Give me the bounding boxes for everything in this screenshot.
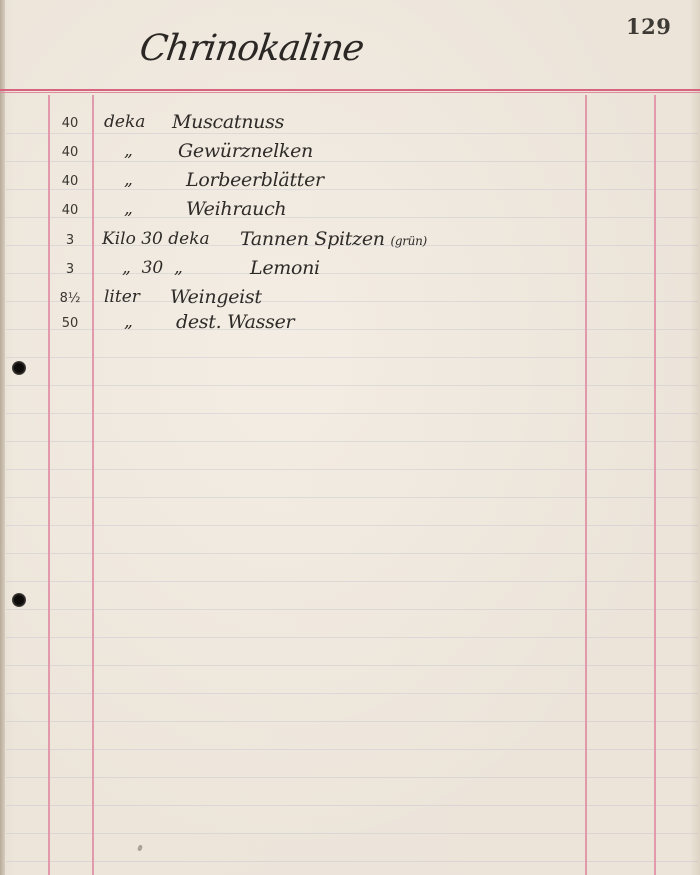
ingredient-name: Tannen Spitzen — [240, 228, 385, 250]
row-unit: „ — [124, 141, 133, 161]
row-unit: „ — [124, 199, 133, 219]
binder-hole-upper — [12, 361, 26, 375]
row-quantity: 40 — [52, 116, 88, 131]
row-quantity: 8½ — [52, 291, 88, 306]
row-quantity: 50 — [52, 316, 88, 331]
row-unit: Kilo 30 deka — [102, 229, 210, 249]
row-quantity: 40 — [52, 174, 88, 189]
binder-hole-lower — [12, 593, 26, 607]
row-note: (grün) — [390, 234, 426, 248]
header-double-rule — [0, 89, 700, 95]
row-ingredient: Muscatnuss — [172, 111, 284, 133]
row-ingredient: Gewürznelken — [178, 140, 313, 162]
ingredient-row: 40 „ Lorbeerblätter — [0, 168, 700, 196]
page-title: Chrinokaline — [137, 28, 366, 69]
ingredient-row: 8½ liter Weingeist — [0, 285, 700, 313]
ingredient-row: 40 deka Muscatnuss — [0, 110, 700, 138]
row-unit: „ — [124, 170, 133, 190]
row-ingredient: Weihrauch — [186, 198, 286, 220]
row-ingredient: Lorbeerblätter — [186, 169, 324, 191]
ingredient-row: 40 „ Weihrauch — [0, 197, 700, 225]
row-unit: „ 30 „ — [122, 258, 183, 278]
ledger-page: 129 Chrinokaline 40 deka Muscatnuss 40 „… — [0, 0, 700, 875]
row-quantity: 40 — [52, 203, 88, 218]
row-quantity: 3 — [52, 262, 88, 277]
row-ingredient: Weingeist — [170, 286, 262, 308]
ingredient-row: 3 Kilo 30 deka Tannen Spitzen (grün) — [0, 227, 700, 255]
ingredient-row: 40 „ Gewürznelken — [0, 139, 700, 167]
row-quantity: 40 — [52, 145, 88, 160]
row-unit: deka — [104, 112, 145, 132]
ingredient-row: 50 „ dest. Wasser — [0, 310, 700, 338]
row-ingredient: Lemoni — [250, 257, 320, 279]
row-quantity: 3 — [52, 233, 88, 248]
page-number: 129 — [626, 14, 671, 39]
row-unit: liter — [104, 287, 140, 307]
row-ingredient: Tannen Spitzen (grün) — [240, 228, 427, 250]
ingredient-row: 3 „ 30 „ Lemoni — [0, 256, 700, 284]
row-ingredient: dest. Wasser — [176, 311, 294, 333]
row-unit: „ — [124, 312, 133, 332]
